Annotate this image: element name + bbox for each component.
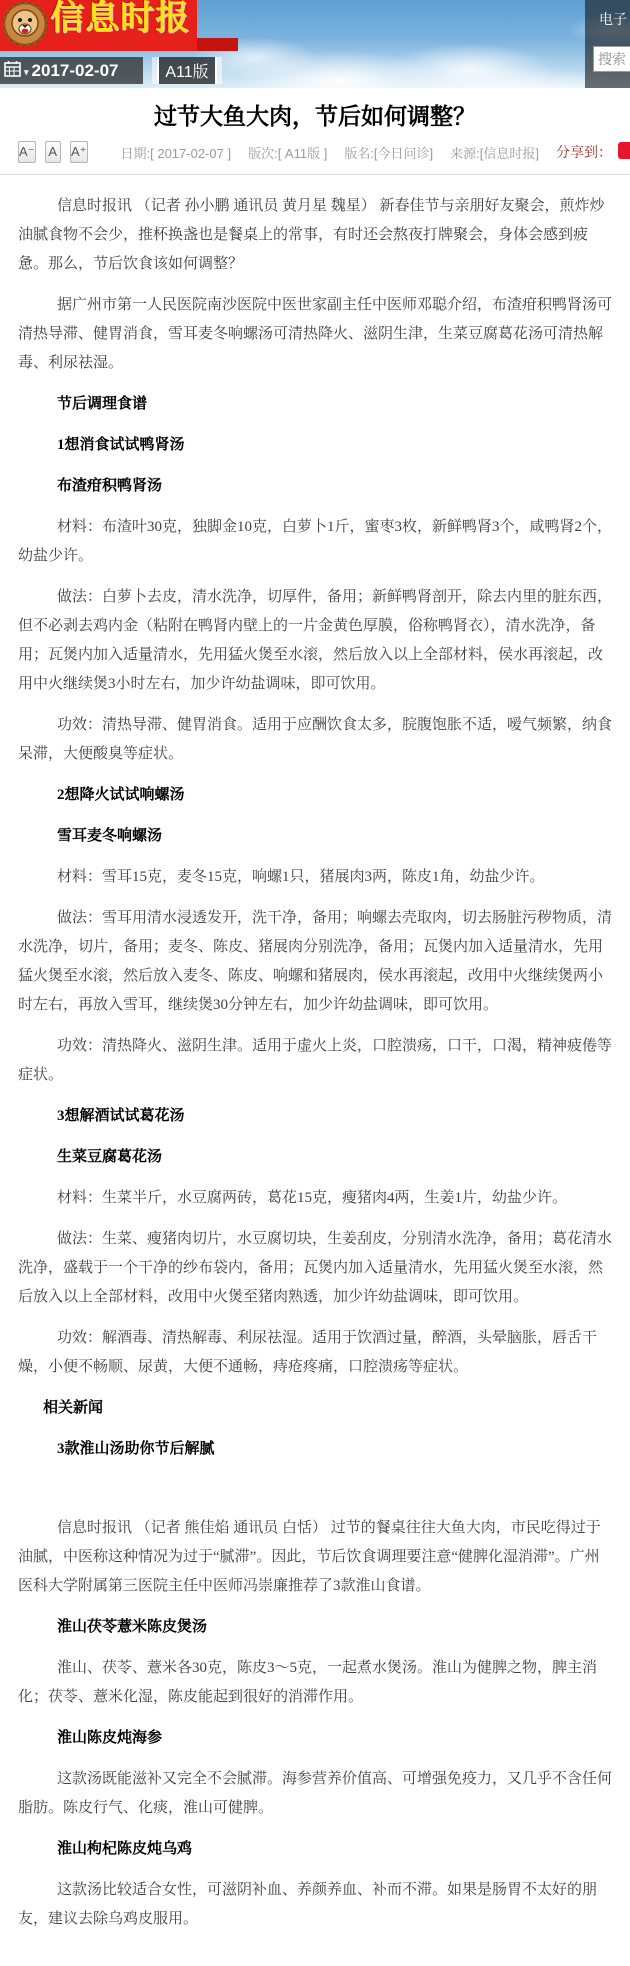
article-paragraph: 材料：布渣叶30克，独脚金10克，白萝卜1斤，蜜枣3枚，新鲜鸭肾3个，咸鸭肾2个…: [18, 513, 612, 571]
font-normal-button[interactable]: A: [45, 141, 61, 163]
article-heading: 生菜豆腐葛花汤: [18, 1143, 612, 1172]
article-paragraph: 这款汤比较适合女性，可滋阴补血、养颜养血、补而不滞。如果是肠胃不太好的朋友，建议…: [18, 1876, 612, 1934]
date-picker[interactable]: ▾ 2017-02-07: [0, 57, 143, 84]
article-paragraph: 信息时报讯 （记者 孙小鹏 通讯员 黄月星 魏星） 新春佳节与亲朋好友聚会，煎炸…: [18, 192, 612, 279]
article-paragraph: 功效：清热降火、滋阴生津。适用于虚火上炎，口腔溃疡，口干，口渴，精神疲倦等症状。: [18, 1032, 612, 1090]
article-heading: 节后调理食谱: [18, 390, 612, 419]
article-paragraph: 做法：生菜、瘦猪肉切片，水豆腐切块，生姜刮皮，分别清水洗净，备用；葛花清水洗净，…: [18, 1225, 612, 1312]
meta-section: 版名:[今日问诊]: [344, 146, 433, 161]
article-heading: 淮山茯苓薏米陈皮煲汤: [18, 1613, 612, 1642]
header-right-panel: 电子: [585, 0, 630, 88]
search-input[interactable]: [593, 46, 630, 72]
meta-source: 来源:[信息时报]: [450, 146, 539, 161]
article-heading: 1想消食试试鸭肾汤: [18, 431, 612, 460]
article-heading: 雪耳麦冬响螺汤: [18, 822, 612, 851]
masthead-logo[interactable]: 信息时报: [0, 0, 197, 51]
lion-logo-icon: [2, 1, 48, 47]
site-header: 通 达 民 情 · 生 活 至 上 信息时报 电子: [0, 0, 630, 88]
font-larger-button[interactable]: A⁺: [70, 141, 88, 163]
article-body: 信息时报讯 （记者 孙小鹏 通讯员 黄月星 魏星） 新春佳节与亲朋好友聚会，煎炸…: [18, 175, 612, 1966]
meta-date: 日期:[ 2017-02-07 ]: [121, 146, 232, 161]
article-heading: 淮山陈皮炖海参: [18, 1724, 612, 1753]
article-heading: 淮山枸杞陈皮炖乌鸡: [18, 1835, 612, 1864]
article-paragraph: 这款汤既能滋补又完全不会腻滞。海参营养价值高、可增强免疫力，又几乎不含任何脂肪。…: [18, 1765, 612, 1823]
article-heading: 布渣疳积鸭肾汤: [18, 472, 612, 501]
calendar-icon: [4, 60, 21, 82]
epaper-link[interactable]: 电子: [599, 9, 627, 29]
article-heading: 3款淮山汤助你节后解腻: [18, 1435, 612, 1464]
site-title: 信息时报: [50, 0, 196, 39]
article-paragraph: 据广州市第一人民医院南沙医院中医世家副主任中医师邓聪介绍，布渣疳积鸭肾汤可清热导…: [18, 291, 612, 378]
page: 通 达 民 情 · 生 活 至 上 信息时报 电子: [0, 0, 630, 1966]
related-news-heading: 相关新闻: [18, 1394, 612, 1423]
article-title: 过节大鱼大肉，节后如何调整？: [18, 102, 612, 132]
chevron-down-icon: ▾: [24, 67, 29, 78]
meta-edition: 版次:[ A11版 ]: [248, 146, 327, 161]
article-paragraph: 做法：雪耳用清水浸透发开，洗干净，备用；响螺去壳取肉，切去肠脏污秽物质，清水洗净…: [18, 904, 612, 1020]
article-body-container: 信息时报讯 （记者 孙小鹏 通讯员 黄月星 魏星） 新春佳节与亲朋好友聚会，煎炸…: [0, 175, 630, 1966]
font-smaller-button[interactable]: A⁻: [18, 141, 36, 163]
article-paragraph: 功效：解酒毒、清热解毒、利尿祛湿。适用于饮酒过量，醉酒，头晕脑胀，唇舌干燥，小便…: [18, 1324, 612, 1382]
weibo-share-icon[interactable]: [618, 142, 630, 159]
article-heading: 3想解酒试试葛花汤: [18, 1102, 612, 1131]
article-container: 过节大鱼大肉，节后如何调整？ A⁻ A A⁺ 日期:[ 2017-02-07 ]…: [0, 102, 630, 164]
article-paragraph: 材料：生菜半斤，水豆腐两砖，葛花15克，瘦猪肉4两，生姜1片，幼盐少许。: [18, 1184, 612, 1213]
current-date: 2017-02-07: [32, 61, 119, 81]
edition-tab[interactable]: A11版: [157, 57, 217, 84]
article-meta: 日期:[ 2017-02-07 ]版次:[ A11版 ]版名:[今日问诊]来源:…: [121, 143, 556, 162]
article-meta-row: A⁻ A A⁺ 日期:[ 2017-02-07 ]版次:[ A11版 ]版名:[…: [18, 140, 612, 164]
article-heading: 2想降火试试响螺汤: [18, 781, 612, 810]
share-label: 分享到：: [556, 142, 612, 162]
article-paragraph: 材料：雪耳15克，麦冬15克，响螺1只，猪展肉3两，陈皮1角，幼盐少许。: [18, 863, 612, 892]
article-paragraph: 功效：清热导滞、健胃消食。适用于应酬饮食太多，脘腹饱胀不适，嗳气频繁，纳食呆滞，…: [18, 711, 612, 769]
article-paragraph: 信息时报讯 （记者 熊佳焰 通讯员 白恬） 过节的餐桌往往大鱼大肉，市民吃得过于…: [18, 1514, 612, 1601]
article-paragraph: 做法：白萝卜去皮，清水洗净，切厚件，备用；新鲜鸭肾剖开，除去内里的脏东西，但不必…: [18, 583, 612, 699]
article-paragraph: 淮山、茯苓、薏米各30克，陈皮3～5克，一起煮水煲汤。淮山为健脾之物，脾主消化；…: [18, 1654, 612, 1712]
